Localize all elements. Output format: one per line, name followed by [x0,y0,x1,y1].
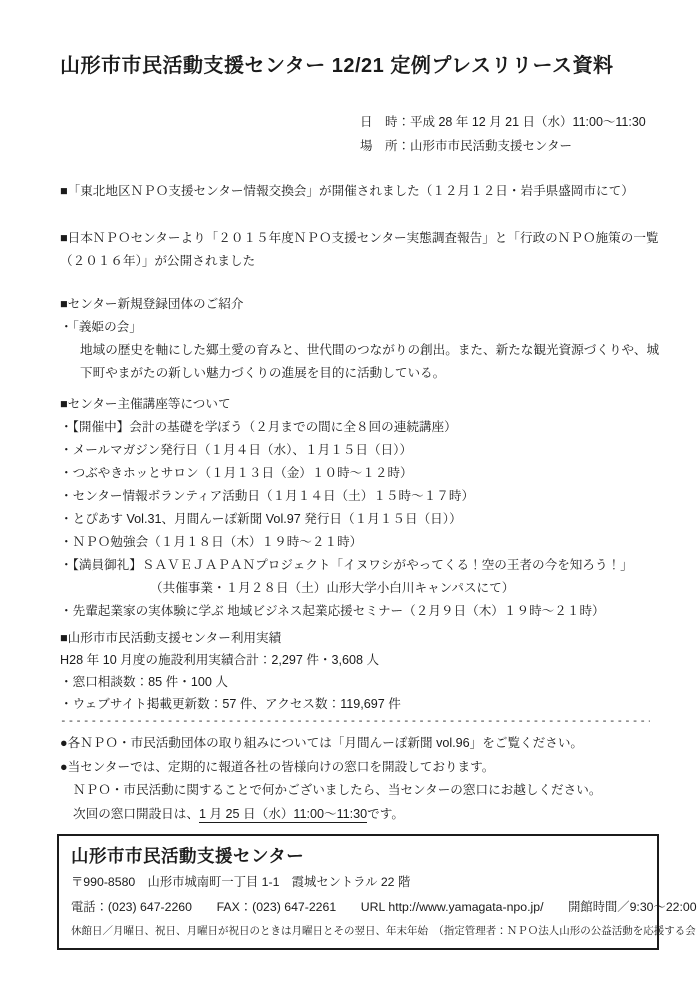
section-usage-results: ■山形市市民活動支援センター利用実績 H28 年 10 月度の施設利用実績合計：… [60,627,660,715]
next-opening-date: 1 月 25 日（水）11:00～11:30 [199,807,367,823]
next-opening-prefix: 次回の窓口開設日は、 [73,807,199,821]
meta-place: 場 所：山形市市民活動支援センター [360,134,660,158]
section-new-groups: ■センター新規登録団体のご紹介 ・「義姫の会」 地域の歴史を軸にした郷土愛の育み… [60,293,660,385]
group-name: ・「義姫の会」 [60,316,660,339]
section-heading: ■「東北地区ＮＰＯ支援センター情報交換会」が開催されました（１２月１２日・岩手県… [60,180,660,203]
notes-block: ●各ＮＰＯ・市民活動団体の取り組みについては「月間んーぽ新聞 vol.96」をご… [60,732,660,826]
document-title: 山形市市民活動支援センター 12/21 定例プレスリリース資料 [60,52,660,80]
list-item: ・メールマガジン発行日（１月４日（水）、１月１５日（日）） [60,439,660,462]
press-release-page: 山形市市民活動支援センター 12/21 定例プレスリリース資料 日 時：平成 2… [0,0,700,989]
section-courses: ■センター主催講座等について ・【開催中】会計の基礎を学ぼう（２月までの間に全８… [60,393,660,623]
list-item-cohost-note: （共催事業・１月２８日（土）山形大学小白川キャンパスにて） [60,577,660,600]
section-exchange-meeting: ■「東北地区ＮＰＯ支援センター情報交換会」が開催されました（１２月１２日・岩手県… [60,180,660,203]
group-description: 地域の歴史を軸にした郷土愛の育みと、世代間のつながりの創出。また、新たな観光資源… [60,339,660,385]
list-item: ・【満員御礼】ＳＡＶＥＪＡＰＡＮプロジェクト「イヌワシがやってくる！空の王者の今… [60,554,660,577]
section-heading: ■センター新規登録団体のご紹介 [60,293,660,316]
section-heading: ■センター主催講座等について [60,393,660,416]
list-item: ・先輩起業家の実体験に学ぶ 地域ビジネス起業応援セミナー（２月９日（木）１９時～… [60,600,660,623]
meta-datetime: 日 時：平成 28 年 12 月 21 日（水）11:00～11:30 [360,110,660,134]
list-item: ・センター情報ボランティア活動日（１月１４日（土）１５時～１７時） [60,485,660,508]
note-newspaper: ●各ＮＰＯ・市民活動団体の取り組みについては「月間んーぽ新聞 vol.96」をご… [60,732,660,756]
list-item: ・とぴあす Vol.31、月間んーぽ新聞 Vol.97 発行日（１月１５日（日）… [60,508,660,531]
section-heading: ■日本ＮＰＯセンターより「２０１５年度ＮＰＯ支援センター実態調査報告」と「行政の… [60,227,660,273]
list-item: ・ＮＰＯ勉強会（１月１８日（木）１９時～２１時） [60,531,660,554]
footer-content: 山形市市民活動支援センター 〒990-8580 山形市城南町一丁目 1-1 霞城… [59,836,657,943]
footer-box: 山形市市民活動支援センター 〒990-8580 山形市城南町一丁目 1-1 霞城… [57,834,659,950]
footer-closed-days: 休館日／月曜日、祝日、月曜日が祝日のときは月曜日とその翌日、年末年始 （指定管理… [71,920,645,943]
meta-block: 日 時：平成 28 年 12 月 21 日（水）11:00～11:30 場 所：… [360,110,660,158]
list-item: ・つぶやきホッとサロン（１月１３日（金）１０時～１２時） [60,462,660,485]
list-item: ・窓口相談数：85 件・100 人 [60,671,660,693]
document-content: 山形市市民活動支援センター 12/21 定例プレスリリース資料 日 時：平成 2… [60,52,660,826]
usage-total: H28 年 10 月度の施設利用実績合計：2,297 件・3,608 人 [60,649,660,671]
note-contact-invite: ＮＰＯ・市民活動に関することで何かございましたら、当センターの窓口にお越しくださ… [60,779,660,803]
list-item: ・【開催中】会計の基礎を学ぼう（２月までの間に全８回の連続講座） [60,416,660,439]
list-item: ・ウェブサイト掲載更新数：57 件、アクセス数：119,697 件 [60,693,660,715]
footer-center-name: 山形市市民活動支援センター [71,842,645,870]
footer-contact: 電話：(023) 647-2260 FAX：(023) 647-2261 URL… [71,895,645,920]
next-opening-suffix: です。 [367,807,404,821]
dashed-separator: ----------------------------------------… [60,715,650,729]
section-npo-center-report: ■日本ＮＰＯセンターより「２０１５年度ＮＰＯ支援センター実態調査報告」と「行政の… [60,227,660,273]
footer-address: 〒990-8580 山形市城南町一丁目 1-1 霞城セントラル 22 階 [71,870,645,895]
note-next-opening: 次回の窓口開設日は、1 月 25 日（水）11:00～11:30です。 [60,803,660,827]
section-heading: ■山形市市民活動支援センター利用実績 [60,627,660,649]
note-press-desk: ●当センターでは、定期的に報道各社の皆様向けの窓口を開設しております。 [60,756,660,780]
